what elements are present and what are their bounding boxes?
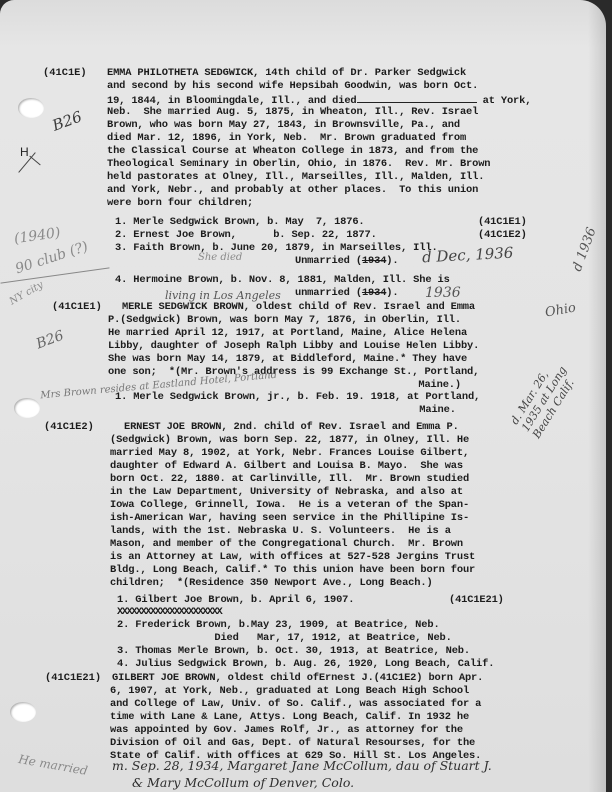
handwritten-b26: B26 (34, 328, 66, 353)
punch-hole (14, 398, 40, 418)
handwritten-she-died: She died (198, 252, 242, 263)
text-line: lands, with the 1st. Nebraska U. S. Volu… (110, 525, 451, 537)
text-line: MERLE SEDGWICK BROWN, oldest child of Re… (122, 301, 475, 313)
child-line: unmarried (1934). (295, 287, 398, 299)
text-line: He married April 12, 1917, at Portland, … (108, 327, 467, 339)
handwritten-gilbert-marriage: & Mary McCollum of Denver, Colo. (132, 775, 354, 790)
child-line: Unmarried (1934). (295, 255, 398, 267)
text-line: is an Attorney at Law, with offices at 5… (110, 551, 475, 563)
text-line: children; *(Residence 350 Newport Ave., … (110, 577, 433, 589)
text-line: P.(Sedgwick) Brown, was born May 7, 1876… (108, 314, 461, 326)
text-line: and second by his second wife Hepsibah G… (107, 80, 478, 92)
text-line: in the Law Department, University of Neb… (110, 486, 463, 498)
child-line: Died Mar, 17, 1912, at Beatrice, Neb. (117, 632, 452, 644)
child-line: 2. Ernest Joe Brown, b. Sep. 22, 1877. (115, 229, 377, 241)
text-line: held pastorates at Olney, Ill., Marseill… (107, 171, 484, 183)
text-line: and York, Nebr., and probably at other p… (107, 184, 478, 196)
text-line: daughter of Edward A. Gilbert and Louisa… (110, 460, 463, 472)
text-line: was appointed by Gov. James Rolf, Jr., a… (110, 724, 463, 736)
struck-year: 1934 (362, 255, 386, 267)
text-line: one son; *(Mr. Brown's address is 99 Exc… (108, 366, 479, 378)
text-line: GILBERT JOE BROWN, oldest child ofErnest… (112, 672, 483, 684)
struck-year: 1934 (362, 287, 386, 299)
text-line: were born four children; (107, 197, 253, 209)
child-line: 4. Julius Sedgwick Brown, b. Aug. 26, 19… (117, 658, 494, 670)
child-line: 1. Merle Sedgwick Brown, jr., b. Feb. 19… (115, 391, 480, 403)
text-line: ish-American War, having seen service in… (110, 512, 469, 524)
entry-code: (41C1E) (43, 67, 87, 79)
handwritten-1936: 1936 (425, 285, 461, 301)
child-ref: (41C1E21) (449, 594, 504, 606)
child-line: Maine. (115, 404, 456, 416)
text-line: (Sedgwick) Brown, was born Sep. 22, 1877… (110, 434, 469, 446)
handwritten-b26: B26 (50, 107, 84, 134)
text-line: time with Lane & Lane, Attys. Long Beach… (110, 711, 469, 723)
entry-code: (41C1E1) (52, 301, 102, 313)
struck-out-line: XXXXXXXXXXXXXXXXXXXXXX (117, 606, 221, 618)
text-line: Theological Seminary in Oberlin, Ohio, i… (107, 158, 490, 170)
handwritten-he-married: He married (17, 752, 88, 778)
punch-hole (10, 702, 36, 722)
text-line: Neb. She married Aug. 5, 1875, in Wheato… (107, 106, 478, 118)
handwritten-1940: (1940) (13, 225, 61, 247)
punch-hole (18, 98, 44, 118)
handwritten-faith-died: d Dec, 1936 (422, 244, 514, 267)
handwritten-d-1936: d 1936 (570, 226, 600, 274)
text-line: married May 8, 1902, at York, Nebr. Fran… (110, 447, 469, 459)
text-line: born Oct. 22, 1880. at Carlinville, Ill.… (110, 473, 469, 485)
child-line: 1. Gilbert Joe Brown, b. April 6, 1907. (117, 594, 354, 606)
handwritten-ernest-died: d. Mar. 26, 1935 at Long Beach Calif. (508, 344, 589, 441)
text-line: EMMA PHILOTHETA SEDGWICK, 14th child of … (107, 67, 466, 79)
handwritten-h: H (20, 145, 29, 159)
document-page: (41C1E) EMMA PHILOTHETA SEDGWICK, 14th c… (0, 0, 606, 792)
child-line: 3. Thomas Merle Brown, b. Oct. 30, 1913,… (117, 645, 470, 657)
text-line: Mason, and member of the Congregational … (110, 538, 463, 550)
handwritten-ohio: Ohio (544, 300, 577, 320)
text-line: died Mar. 12, 1896, in York, Neb. Mr. Br… (107, 132, 466, 144)
handwritten-ny-city: NY city (8, 279, 46, 307)
entry-code: (41C1E21) (45, 672, 101, 684)
entry-code: (41C1E2) (44, 421, 94, 433)
child-ref: (41C1E2) (478, 229, 527, 241)
text-line: ERNEST JOE BROWN, 2nd. child of Rev. Isr… (124, 421, 459, 433)
text-line: Division of Oil and Gas, Dept. of Natura… (110, 737, 475, 749)
child-line: 3. Faith Brown, b. June 20, 1879, in Mar… (115, 242, 438, 254)
child-ref: (41C1E1) (478, 216, 527, 228)
text-line: She was born May 14, 1879, at Biddleford… (108, 353, 467, 365)
text-line: Brown, who was born May 27, 1843, in Bro… (107, 119, 460, 131)
pen-stroke (29, 156, 40, 166)
handwritten-gilbert-marriage: m. Sep. 28, 1934, Margaret Jane McCollum… (112, 758, 492, 773)
child-line: 4. Hermoine Brown, b. Nov. 8, 1881, Mald… (115, 274, 450, 286)
child-line: 1. Merle Sedgwick Brown, b. May 7, 1876. (115, 216, 365, 228)
text-line: 6, 1907, at York, Neb., graduated at Lon… (110, 685, 469, 697)
blank-line (357, 93, 477, 103)
text-line: Bldg., Long Beach, Calif.* To this union… (110, 564, 475, 576)
child-line: 2. Frederick Brown, b.May 23, 1909, at B… (117, 619, 440, 631)
text-line: Iowa College, Grinnell, Iowa. He is a ve… (110, 499, 469, 511)
text-line: the Classical Course at Wheaton College … (107, 145, 478, 157)
text-line: and College of Law, Univ. of So. Calif.,… (110, 698, 481, 710)
text-span: at York, (483, 95, 532, 107)
text-line: Libby, daughter of Joseph Ralph Libby an… (108, 340, 479, 352)
handwritten-living-la: living in Los Angeles (165, 289, 281, 302)
